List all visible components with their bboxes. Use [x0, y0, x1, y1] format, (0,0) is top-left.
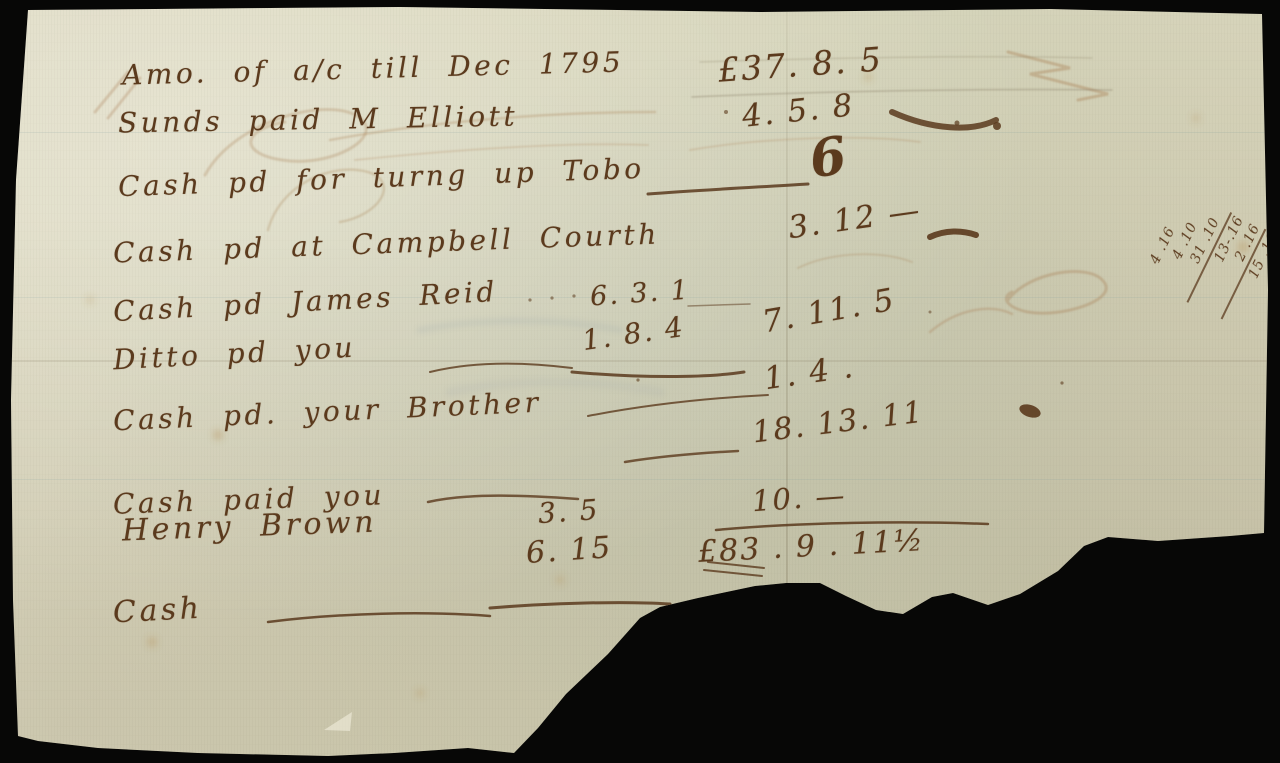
ledger-row-label: Cash: [112, 594, 203, 629]
ledger-amount: 10. —: [751, 481, 847, 517]
torn-paper-fragment: [324, 712, 352, 731]
ledger-mid-amount: 6. 3. 1: [589, 277, 691, 311]
ledger-amount: 6: [807, 130, 852, 187]
document-paper: Amo. of a/c till Dec 1795 Sunds paid M E…: [0, 0, 1280, 763]
ledger-mid-amount: 3. 5: [537, 496, 600, 528]
ledger-row-label: Henry Brown: [122, 508, 378, 547]
ledger-row-label: Sunds paid M Elliott: [118, 103, 519, 138]
scanned-document: Amo. of a/c till Dec 1795 Sunds paid M E…: [0, 0, 1280, 763]
ledger-mid-amount: 6. 15: [525, 533, 613, 569]
